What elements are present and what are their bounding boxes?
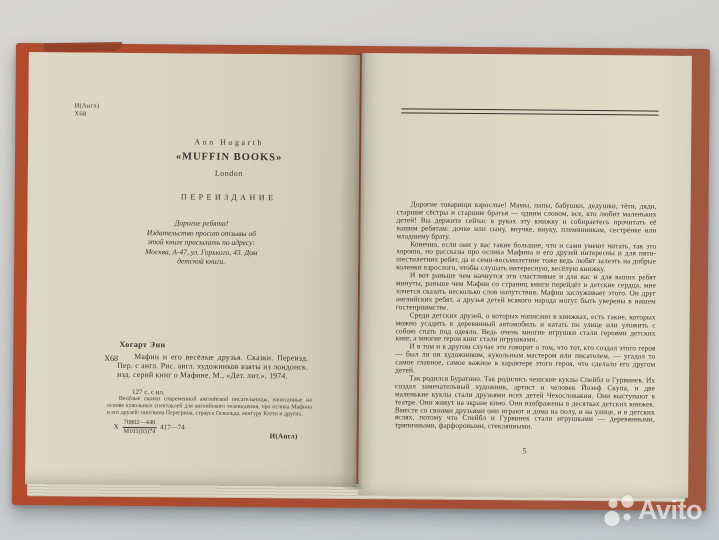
right-page: Дорогие товарищи взрослые! Мамы, папы, б…: [358, 53, 692, 498]
address-line: детской книги.: [131, 256, 271, 267]
code-tail: 417—74: [160, 423, 185, 431]
foreword-paragraph: Дорогие товарищи взрослые! Мамы, папы, б…: [396, 200, 656, 242]
catalog-index: Х68: [104, 354, 118, 363]
foreword-paragraph: И вот раньше чем начнутся эти счастливые…: [396, 271, 656, 313]
library-code-top: И(Англ) Х68: [74, 102, 99, 118]
library-code-line2: Х68: [74, 110, 99, 118]
foreword-text: Дорогие товарищи взрослые! Мамы, папы, б…: [395, 200, 657, 432]
catalog-entry: Мафин и его весёлые друзья. Сказки. Пере…: [117, 352, 308, 381]
code-letter: Х: [114, 423, 119, 431]
publisher-address-block: Дорогие ребята! Издательство просит отзы…: [131, 218, 271, 267]
collation-note: 127 с. с ил.: [132, 388, 165, 396]
series-title: «MUFFIN BOOKS»: [86, 151, 372, 164]
library-code-bottom: И(Англ): [270, 432, 298, 440]
foreword-paragraph: Так родился Буратино. Так родились чешск…: [395, 374, 655, 432]
address-line: Москва, А-47, ул. Горького, 43. Дом: [131, 247, 271, 258]
open-book: И(Англ) Х68 Ann Hogarth «MUFFIN BOOKS» L…: [12, 43, 710, 511]
code-numerator: 70802—440: [123, 419, 157, 428]
edition-note: ПЕРЕИЗДАНИЕ: [86, 192, 372, 203]
catalog-author: Хогарт Энн: [119, 340, 165, 349]
photo-of-open-book: И(Англ) Х68 Ann Hogarth «MUFFIN BOOKS» L…: [0, 0, 719, 540]
code-fraction: 70802—440 М101(03)74: [123, 419, 157, 435]
foreword-paragraph: Конечно, если они у вас такие большие, ч…: [396, 240, 656, 274]
annotation-text: Весёлые сказки современной английской пи…: [107, 396, 312, 419]
library-code-line1: И(Англ): [74, 102, 99, 110]
header-double-rule: [401, 108, 658, 115]
code-denominator: М101(03)74: [123, 427, 157, 435]
page-number: 5: [394, 445, 654, 456]
book-gutter-shadow: [338, 53, 376, 489]
publication-code: Х 70802—440 М101(03)74 417—74: [114, 419, 185, 436]
foreword-paragraph: Среди детских друзей, о которых написано…: [395, 311, 655, 345]
cover-wear-top-left: [44, 42, 122, 52]
author-name: Ann Hogarth: [86, 137, 372, 148]
left-page: И(Англ) Х68 Ann Hogarth «MUFFIN BOOKS» L…: [25, 52, 360, 487]
publication-place: London: [86, 168, 372, 179]
foreword-paragraph: И в том и в другом случае это говорит о …: [395, 343, 655, 377]
